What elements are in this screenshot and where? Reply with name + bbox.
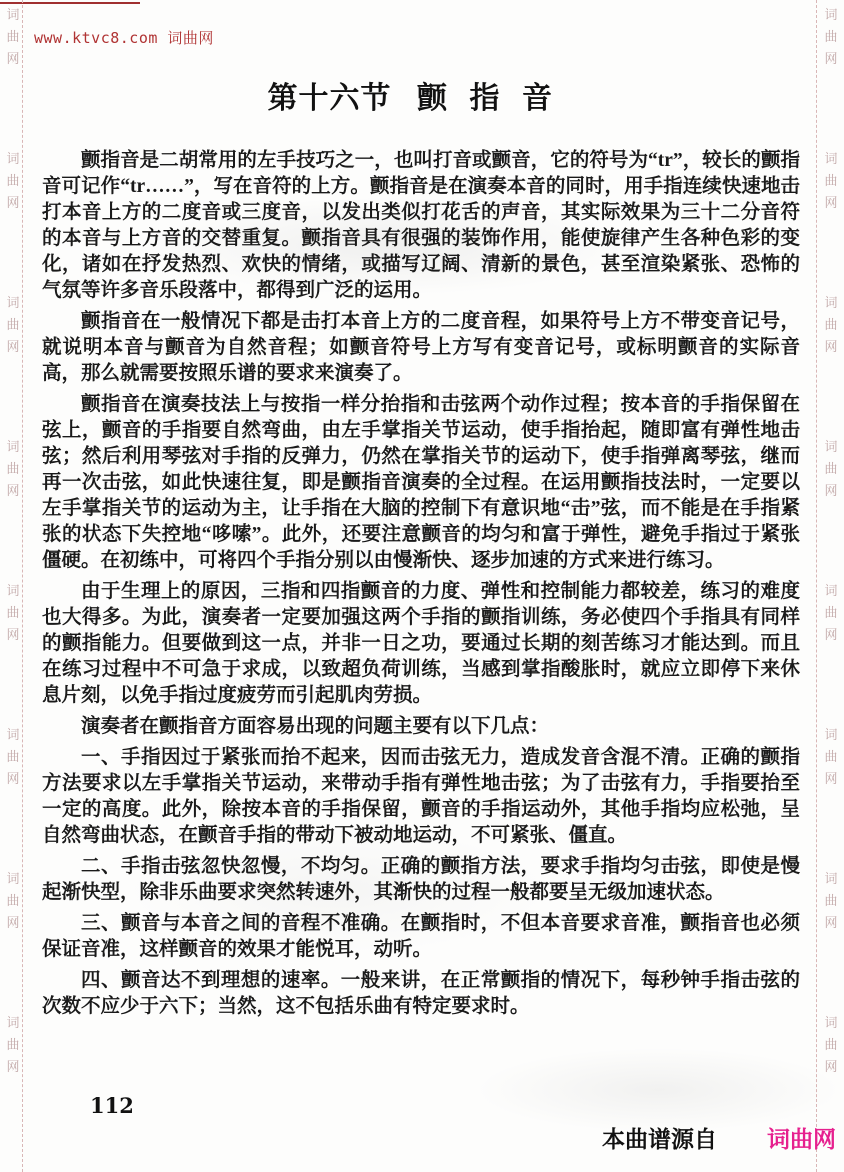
side-watermark-char: 网 [823, 628, 839, 641]
side-watermark-char: 曲 [5, 606, 21, 619]
side-watermark-char: 网 [5, 1060, 21, 1073]
paragraph: 四、颤音达不到理想的速率。一般来讲，在正常颤指的情况下，每秒钟手指击弦的次数不应… [42, 968, 800, 1020]
side-watermark-char: 网 [5, 52, 21, 65]
section-number: 第十六节 [268, 82, 392, 115]
paragraph: 演奏者在颤指音方面容易出现的问题主要有以下几点： [42, 714, 800, 740]
paragraph: 颤指音在演奏技法上与按指一样分抬指和击弦两个动作过程；按本音的手指保留在弦上，颤… [42, 392, 800, 574]
side-watermark-char: 曲 [823, 174, 839, 187]
side-watermark-char: 词 [823, 8, 839, 21]
scanned-document-page: 词曲网词曲网词曲网词曲网词曲网词曲网词曲网词曲网 词曲网词曲网词曲网词曲网词曲网… [0, 0, 844, 1172]
side-watermark-char: 曲 [823, 750, 839, 763]
side-watermark-char: 网 [5, 916, 21, 929]
side-watermark-group: 词曲网 [5, 728, 21, 794]
side-watermark-char: 词 [5, 440, 21, 453]
side-watermark-char: 词 [5, 152, 21, 165]
side-watermark-char: 网 [5, 196, 21, 209]
side-watermark-char: 词 [823, 440, 839, 453]
source-credit-label: 本曲谱源自 [602, 1127, 717, 1152]
source-credit: 本曲谱源自词曲网 [602, 1121, 836, 1154]
left-dashed-border [22, 0, 23, 1172]
side-watermark-char: 词 [5, 728, 21, 741]
page-content: 第十六节颤指音 颤指音是二胡常用的左手技巧之一，也叫打音或颤音，它的符号为“tr… [42, 0, 800, 1025]
left-watermark-column: 词曲网词曲网词曲网词曲网词曲网词曲网词曲网词曲网 [5, 8, 21, 1172]
side-watermark-char: 词 [823, 1016, 839, 1029]
side-watermark-group: 词曲网 [823, 440, 839, 506]
side-watermark-char: 曲 [5, 30, 21, 43]
paragraph: 二、手指击弦忽快忽慢，不均匀。正确的颤指方法，要求手指均匀击弦，即使是慢起渐快型… [42, 854, 800, 906]
side-watermark-char: 网 [823, 916, 839, 929]
side-watermark-char: 词 [5, 1016, 21, 1029]
side-watermark-char: 曲 [5, 318, 21, 331]
side-watermark-char: 网 [823, 340, 839, 353]
side-watermark-group: 词曲网 [823, 584, 839, 650]
side-watermark-char: 网 [823, 196, 839, 209]
side-watermark-char: 词 [823, 872, 839, 885]
side-watermark-char: 词 [823, 152, 839, 165]
source-site-name: 词曲网 [767, 1127, 836, 1152]
side-watermark-char: 曲 [823, 894, 839, 907]
side-watermark-char: 网 [823, 1060, 839, 1073]
side-watermark-char: 网 [823, 52, 839, 65]
side-watermark-char: 网 [5, 340, 21, 353]
side-watermark-group: 词曲网 [823, 728, 839, 794]
side-watermark-char: 词 [5, 296, 21, 309]
side-watermark-char: 词 [5, 8, 21, 21]
paragraph: 一、手指因过于紧张而抬不起来，因而击弦无力，造成发音含混不清。正确的颤指方法要求… [42, 745, 800, 849]
side-watermark-group: 词曲网 [823, 296, 839, 362]
side-watermark-char: 曲 [823, 462, 839, 475]
side-watermark-char: 词 [5, 872, 21, 885]
side-watermark-group: 词曲网 [823, 8, 839, 74]
paragraph: 颤指音在一般情况下都是击打本音上方的二度音程，如果符号上方不带变音记号，就说明本… [42, 309, 800, 387]
side-watermark-char: 曲 [5, 894, 21, 907]
side-watermark-char: 曲 [5, 1038, 21, 1051]
side-watermark-group: 词曲网 [5, 1016, 21, 1082]
side-watermark-char: 网 [823, 484, 839, 497]
side-watermark-char: 曲 [5, 462, 21, 475]
side-watermark-char: 曲 [5, 174, 21, 187]
body-text: 颤指音是二胡常用的左手技巧之一，也叫打音或颤音，它的符号为“tr”，较长的颤指音… [42, 148, 800, 1020]
side-watermark-char: 曲 [823, 606, 839, 619]
side-watermark-group: 词曲网 [5, 584, 21, 650]
page-number: 112 [90, 1093, 134, 1118]
side-watermark-group: 词曲网 [823, 152, 839, 218]
side-watermark-char: 曲 [823, 318, 839, 331]
right-dashed-border [816, 0, 817, 1172]
right-watermark-column: 词曲网词曲网词曲网词曲网词曲网词曲网词曲网词曲网 [823, 8, 839, 1172]
side-watermark-char: 网 [5, 484, 21, 497]
side-watermark-group: 词曲网 [823, 1016, 839, 1082]
paragraph: 三、颤音与本音之间的音程不准确。在颤指时，不但本音要求音准，颤指音也必须保证音准… [42, 911, 800, 963]
section-name: 颤指音 [417, 82, 575, 115]
side-watermark-group: 词曲网 [5, 440, 21, 506]
side-watermark-char: 词 [823, 296, 839, 309]
side-watermark-char: 网 [5, 628, 21, 641]
side-watermark-group: 词曲网 [823, 872, 839, 938]
side-watermark-char: 曲 [5, 750, 21, 763]
side-watermark-char: 网 [5, 772, 21, 785]
side-watermark-char: 词 [823, 728, 839, 741]
side-watermark-char: 网 [823, 772, 839, 785]
side-watermark-char: 词 [823, 584, 839, 597]
side-watermark-char: 曲 [823, 30, 839, 43]
paragraph: 由于生理上的原因，三指和四指颤音的力度、弹性和控制能力都较差，练习的难度也大得多… [42, 579, 800, 709]
side-watermark-group: 词曲网 [5, 296, 21, 362]
side-watermark-char: 词 [5, 584, 21, 597]
side-watermark-group: 词曲网 [5, 872, 21, 938]
side-watermark-group: 词曲网 [5, 8, 21, 74]
side-watermark-group: 词曲网 [5, 152, 21, 218]
section-title: 第十六节颤指音 [42, 82, 800, 116]
side-watermark-char: 曲 [823, 1038, 839, 1051]
paragraph: 颤指音是二胡常用的左手技巧之一，也叫打音或颤音，它的符号为“tr”，较长的颤指音… [42, 148, 800, 304]
